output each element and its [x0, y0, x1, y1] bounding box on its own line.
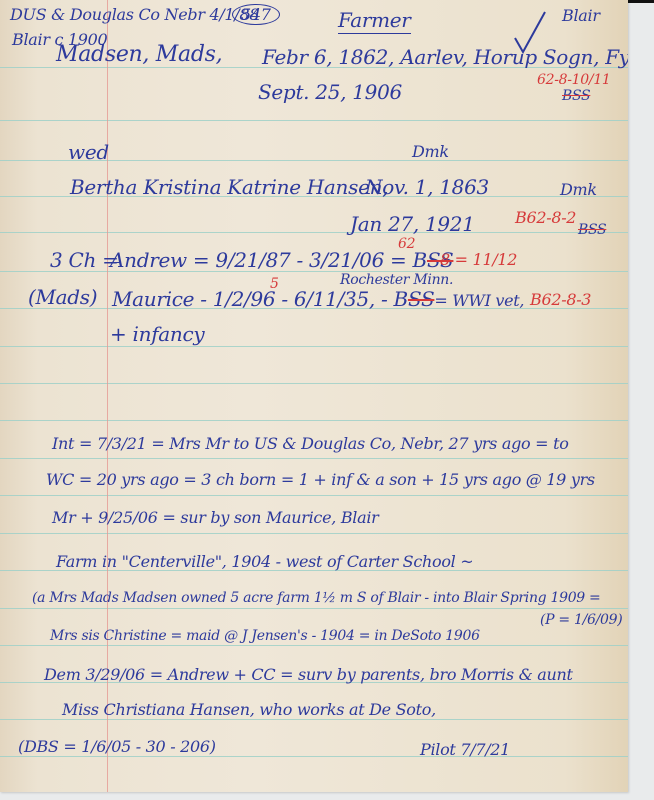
rule-line [0, 420, 628, 421]
note-line-9: (DBS = 1/6/05 - 30 - 206) [18, 737, 216, 756]
child-andrew-text: Andrew = 9/21/87 - 3/21/06 = B [110, 248, 427, 272]
rule-line [0, 383, 628, 384]
note-line-3: Mr + 9/25/06 = sur by son Maurice, Blair [52, 508, 379, 527]
subject-burial-struck: BSS [562, 88, 590, 104]
note-line-7: Dem 3/29/06 = Andrew + CC = surv by pare… [44, 665, 573, 684]
spouse-birth: Nov. 1, 1863 [365, 175, 489, 199]
spouse-burial-struck: BSS [578, 222, 606, 238]
card-number: 547 [232, 4, 280, 25]
occupation: Farmer [338, 8, 411, 34]
child-maurice-struck: SS [408, 287, 434, 311]
note-line-2: WC = 20 yrs ago = 3 ch born = 1 + inf & … [46, 470, 595, 489]
spouse-country-1: Dmk [412, 142, 449, 161]
spouse-country-2: Dmk [560, 180, 597, 199]
note-line-1: Int = 7/3/21 = Mrs Mr to US & Douglas Co… [52, 434, 569, 453]
source-line: DUS & Douglas Co Nebr 4/1/88 [10, 5, 259, 24]
child-infancy: + infancy [110, 322, 204, 346]
rule-line [0, 645, 628, 646]
child-maurice-suffix: = WWI vet, [434, 291, 524, 310]
rule-line [0, 719, 628, 720]
children-count: 3 Ch = [50, 248, 119, 272]
note-line-4: Farm in "Centerville", 1904 - west of Ca… [56, 552, 473, 571]
rule-line [0, 232, 628, 233]
rule-line [0, 120, 628, 121]
child-andrew-red-code: 8 = 11/12 [440, 250, 517, 269]
spouse-name: Bertha Kristina Katrine Hansen, [70, 175, 388, 199]
subject-burial-code: 62-8-10/11 [537, 72, 611, 88]
note-line-10: Pilot 7/7/21 [420, 740, 510, 759]
place-note: Blair [562, 6, 600, 25]
note-line-5b: (P = 1/6/09) [540, 612, 622, 628]
rule-line [0, 608, 628, 609]
child-maurice-prefix: (Mads) [28, 285, 97, 309]
note-line-8: Miss Christiana Hansen, who works at De … [62, 700, 436, 719]
rule-line [0, 495, 628, 496]
spouse-burial-code: B62-8-2 [515, 208, 576, 227]
child-maurice-text: Maurice - 1/2/96 - 6/11/35, - B [112, 287, 408, 311]
spouse-death: Jan 27, 1921 [350, 212, 475, 236]
rule-line [0, 533, 628, 534]
note-line-6: Mrs sis Christine = maid @ J Jensen's - … [50, 628, 480, 644]
spouse-label: wed [68, 140, 109, 164]
subject-death: Sept. 25, 1906 [258, 80, 402, 104]
child-maurice-red-code: B62-8-3 [530, 290, 591, 309]
rule-line [0, 756, 628, 757]
child-maurice: Maurice - 1/2/96 - 6/11/35, - BSS= WWI v… [112, 287, 524, 311]
rule-line [0, 346, 628, 347]
subject-birth: Febr 6, 1862, Aarlev, Horup Sogn, Fyn [262, 45, 628, 69]
child-andrew-red-insert: 62 [398, 236, 415, 252]
scanner-edge-bar [628, 0, 654, 3]
note-line-5: (a Mrs Mads Madsen owned 5 acre farm 1½ … [32, 590, 601, 606]
child-maurice-superscript-note: Rochester Minn. [340, 272, 453, 288]
subject-name: Madsen, Mads, [56, 42, 222, 67]
rule-line [0, 458, 628, 459]
ruled-card: DUS & Douglas Co Nebr 4/1/88 547 Blair c… [0, 0, 628, 792]
